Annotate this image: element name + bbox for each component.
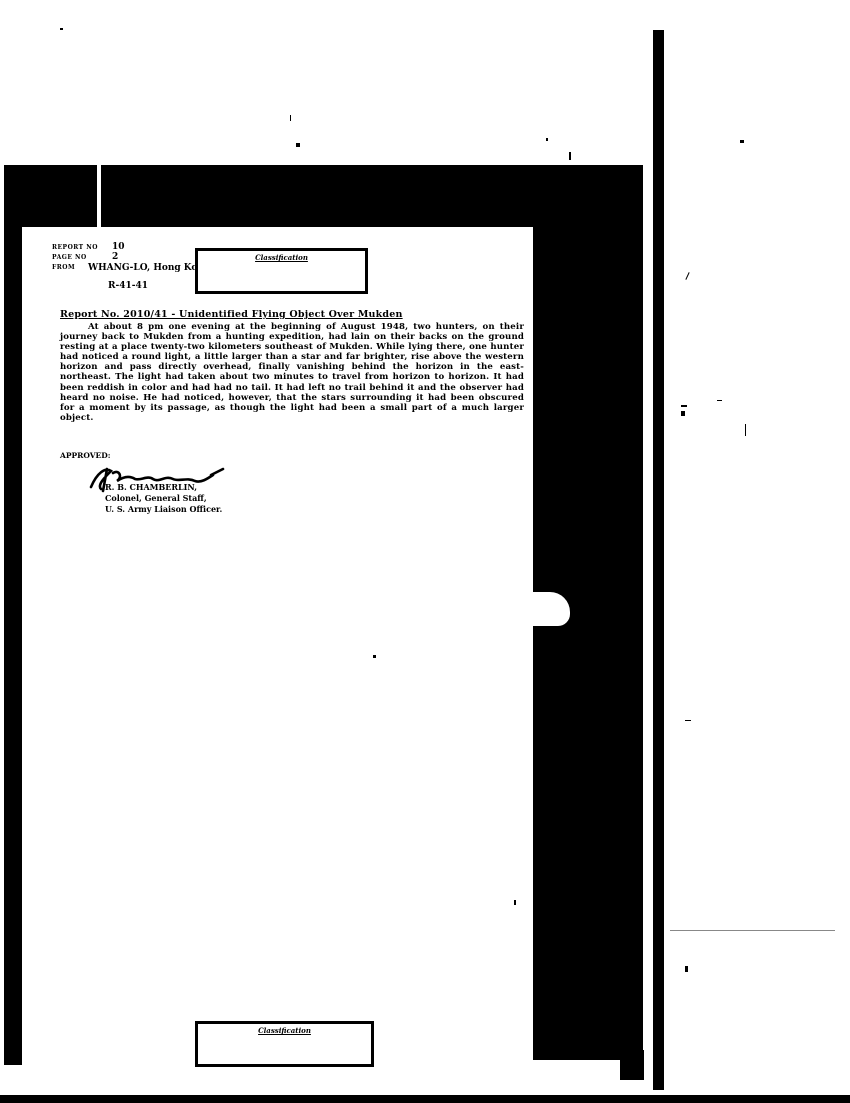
noise-speck — [681, 405, 687, 407]
copy-shadow-corner — [620, 1050, 644, 1080]
copy-shadow-gap — [97, 165, 101, 227]
noise-speck — [685, 272, 689, 280]
header-label: FROM — [52, 264, 88, 271]
noise-speck — [685, 720, 691, 721]
page-tab-notch — [532, 592, 570, 626]
copy-edge-light — [643, 165, 653, 1050]
header-value: 2 — [112, 252, 118, 262]
noise-speck — [685, 966, 688, 972]
header-row-page: PAGE NO 2 — [52, 252, 210, 262]
noise-speck — [681, 411, 685, 416]
header-value: 10 — [112, 242, 125, 252]
noise-speck — [290, 115, 291, 121]
noise-speck — [740, 140, 744, 143]
header-value: WHANG-LO, Hong Kong — [88, 263, 210, 273]
report-body: At about 8 pm one evening at the beginni… — [60, 322, 524, 423]
noise-speck — [60, 28, 63, 30]
scanner-edge-bar — [653, 30, 664, 1090]
signatory-name: R. B. CHAMBERLIN, — [105, 482, 222, 493]
header-label: REPORT NO — [52, 244, 112, 251]
classification-stamp-label: Classification — [198, 253, 365, 262]
body-paragraph: At about 8 pm one evening at the beginni… — [60, 322, 524, 423]
noise-speck — [569, 152, 571, 160]
header-row-from: FROM WHANG-LO, Hong Kong — [52, 262, 210, 273]
signatory-title: Colonel, General Staff, — [105, 493, 222, 504]
header-fields: REPORT NO 10 PAGE NO 2 FROM WHANG-LO, Ho… — [52, 242, 210, 284]
signature-block: R. B. CHAMBERLIN, Colonel, General Staff… — [105, 482, 222, 515]
noise-speck — [745, 424, 746, 436]
scanner-bottom-rule — [0, 1095, 850, 1103]
header-label: PAGE NO — [52, 254, 112, 261]
header-reference: R-41-41 — [108, 281, 148, 291]
noise-speck — [546, 138, 548, 141]
copy-shadow-left — [4, 165, 22, 1065]
classification-stamp-label: Classification — [198, 1026, 371, 1035]
report-title: Report No. 2010/41 - Unidentified Flying… — [60, 309, 403, 320]
noise-speck — [717, 400, 722, 401]
noise-speck — [373, 655, 376, 658]
header-row-report: REPORT NO 10 — [52, 242, 210, 252]
approved-label: APPROVED: — [60, 451, 111, 460]
classification-stamp-bottom: Classification — [195, 1021, 374, 1067]
header-reference-row: R-41-41 — [52, 273, 210, 284]
noise-speck — [514, 900, 516, 905]
signatory-office: U. S. Army Liaison Officer. — [105, 504, 222, 515]
classification-stamp-top: Classification — [195, 248, 368, 294]
faint-rule — [670, 930, 835, 931]
noise-speck — [296, 143, 300, 147]
